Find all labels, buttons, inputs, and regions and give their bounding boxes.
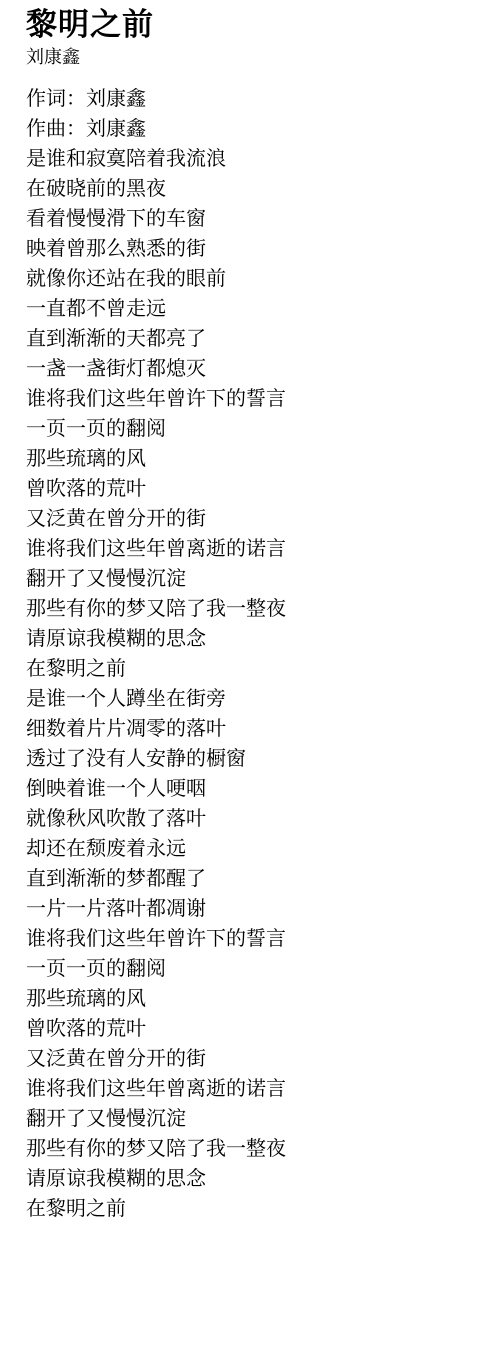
lyric-line: 那些有你的梦又陪了我一整夜 (26, 594, 480, 624)
lyric-line: 作词：刘康鑫 (26, 84, 480, 114)
lyric-line: 在黎明之前 (26, 1194, 480, 1224)
lyric-line: 一片一片落叶都凋谢 (26, 894, 480, 924)
lyrics-block: 作词：刘康鑫作曲：刘康鑫是谁和寂寞陪着我流浪在破晓前的黑夜看着慢慢滑下的车窗映着… (26, 84, 480, 1224)
lyric-line: 是谁一个人蹲坐在街旁 (26, 684, 480, 714)
lyric-line: 就像秋风吹散了落叶 (26, 804, 480, 834)
lyric-line: 谁将我们这些年曾离逝的诺言 (26, 534, 480, 564)
lyric-line: 直到渐渐的天都亮了 (26, 324, 480, 354)
lyric-line: 直到渐渐的梦都醒了 (26, 864, 480, 894)
lyrics-page: 黎明之前 刘康鑫 作词：刘康鑫作曲：刘康鑫是谁和寂寞陪着我流浪在破晓前的黑夜看着… (0, 0, 500, 1360)
lyric-line: 在破晓前的黑夜 (26, 174, 480, 204)
lyric-line: 一盏一盏街灯都熄灭 (26, 354, 480, 384)
lyric-line: 谁将我们这些年曾许下的誓言 (26, 924, 480, 954)
lyric-line: 作曲：刘康鑫 (26, 114, 480, 144)
lyric-line: 那些琉璃的风 (26, 444, 480, 474)
lyric-line: 映着曾那么熟悉的街 (26, 234, 480, 264)
artist-name: 刘康鑫 (26, 46, 480, 68)
lyric-line: 倒映着谁一个人哽咽 (26, 774, 480, 804)
lyric-line: 谁将我们这些年曾离逝的诺言 (26, 1074, 480, 1104)
lyric-line: 那些琉璃的风 (26, 984, 480, 1014)
lyric-line: 一页一页的翻阅 (26, 414, 480, 444)
lyric-line: 就像你还站在我的眼前 (26, 264, 480, 294)
lyric-line: 透过了没有人安静的橱窗 (26, 744, 480, 774)
lyric-line: 谁将我们这些年曾许下的誓言 (26, 384, 480, 414)
lyric-line: 却还在颓废着永远 (26, 834, 480, 864)
lyric-line: 曾吹落的荒叶 (26, 474, 480, 504)
lyric-line: 请原谅我模糊的思念 (26, 1164, 480, 1194)
lyric-line: 看着慢慢滑下的车窗 (26, 204, 480, 234)
lyric-line: 翻开了又慢慢沉淀 (26, 1104, 480, 1134)
lyric-line: 又泛黄在曾分开的街 (26, 1044, 480, 1074)
lyric-line: 曾吹落的荒叶 (26, 1014, 480, 1044)
lyric-line: 一页一页的翻阅 (26, 954, 480, 984)
lyric-line: 又泛黄在曾分开的街 (26, 504, 480, 534)
lyric-line: 一直都不曾走远 (26, 294, 480, 324)
lyric-line: 翻开了又慢慢沉淀 (26, 564, 480, 594)
lyric-line: 那些有你的梦又陪了我一整夜 (26, 1134, 480, 1164)
lyric-line: 请原谅我模糊的思念 (26, 624, 480, 654)
page-title: 黎明之前 (26, 6, 480, 44)
lyric-line: 在黎明之前 (26, 654, 480, 684)
lyric-line: 是谁和寂寞陪着我流浪 (26, 144, 480, 174)
lyric-line: 细数着片片凋零的落叶 (26, 714, 480, 744)
